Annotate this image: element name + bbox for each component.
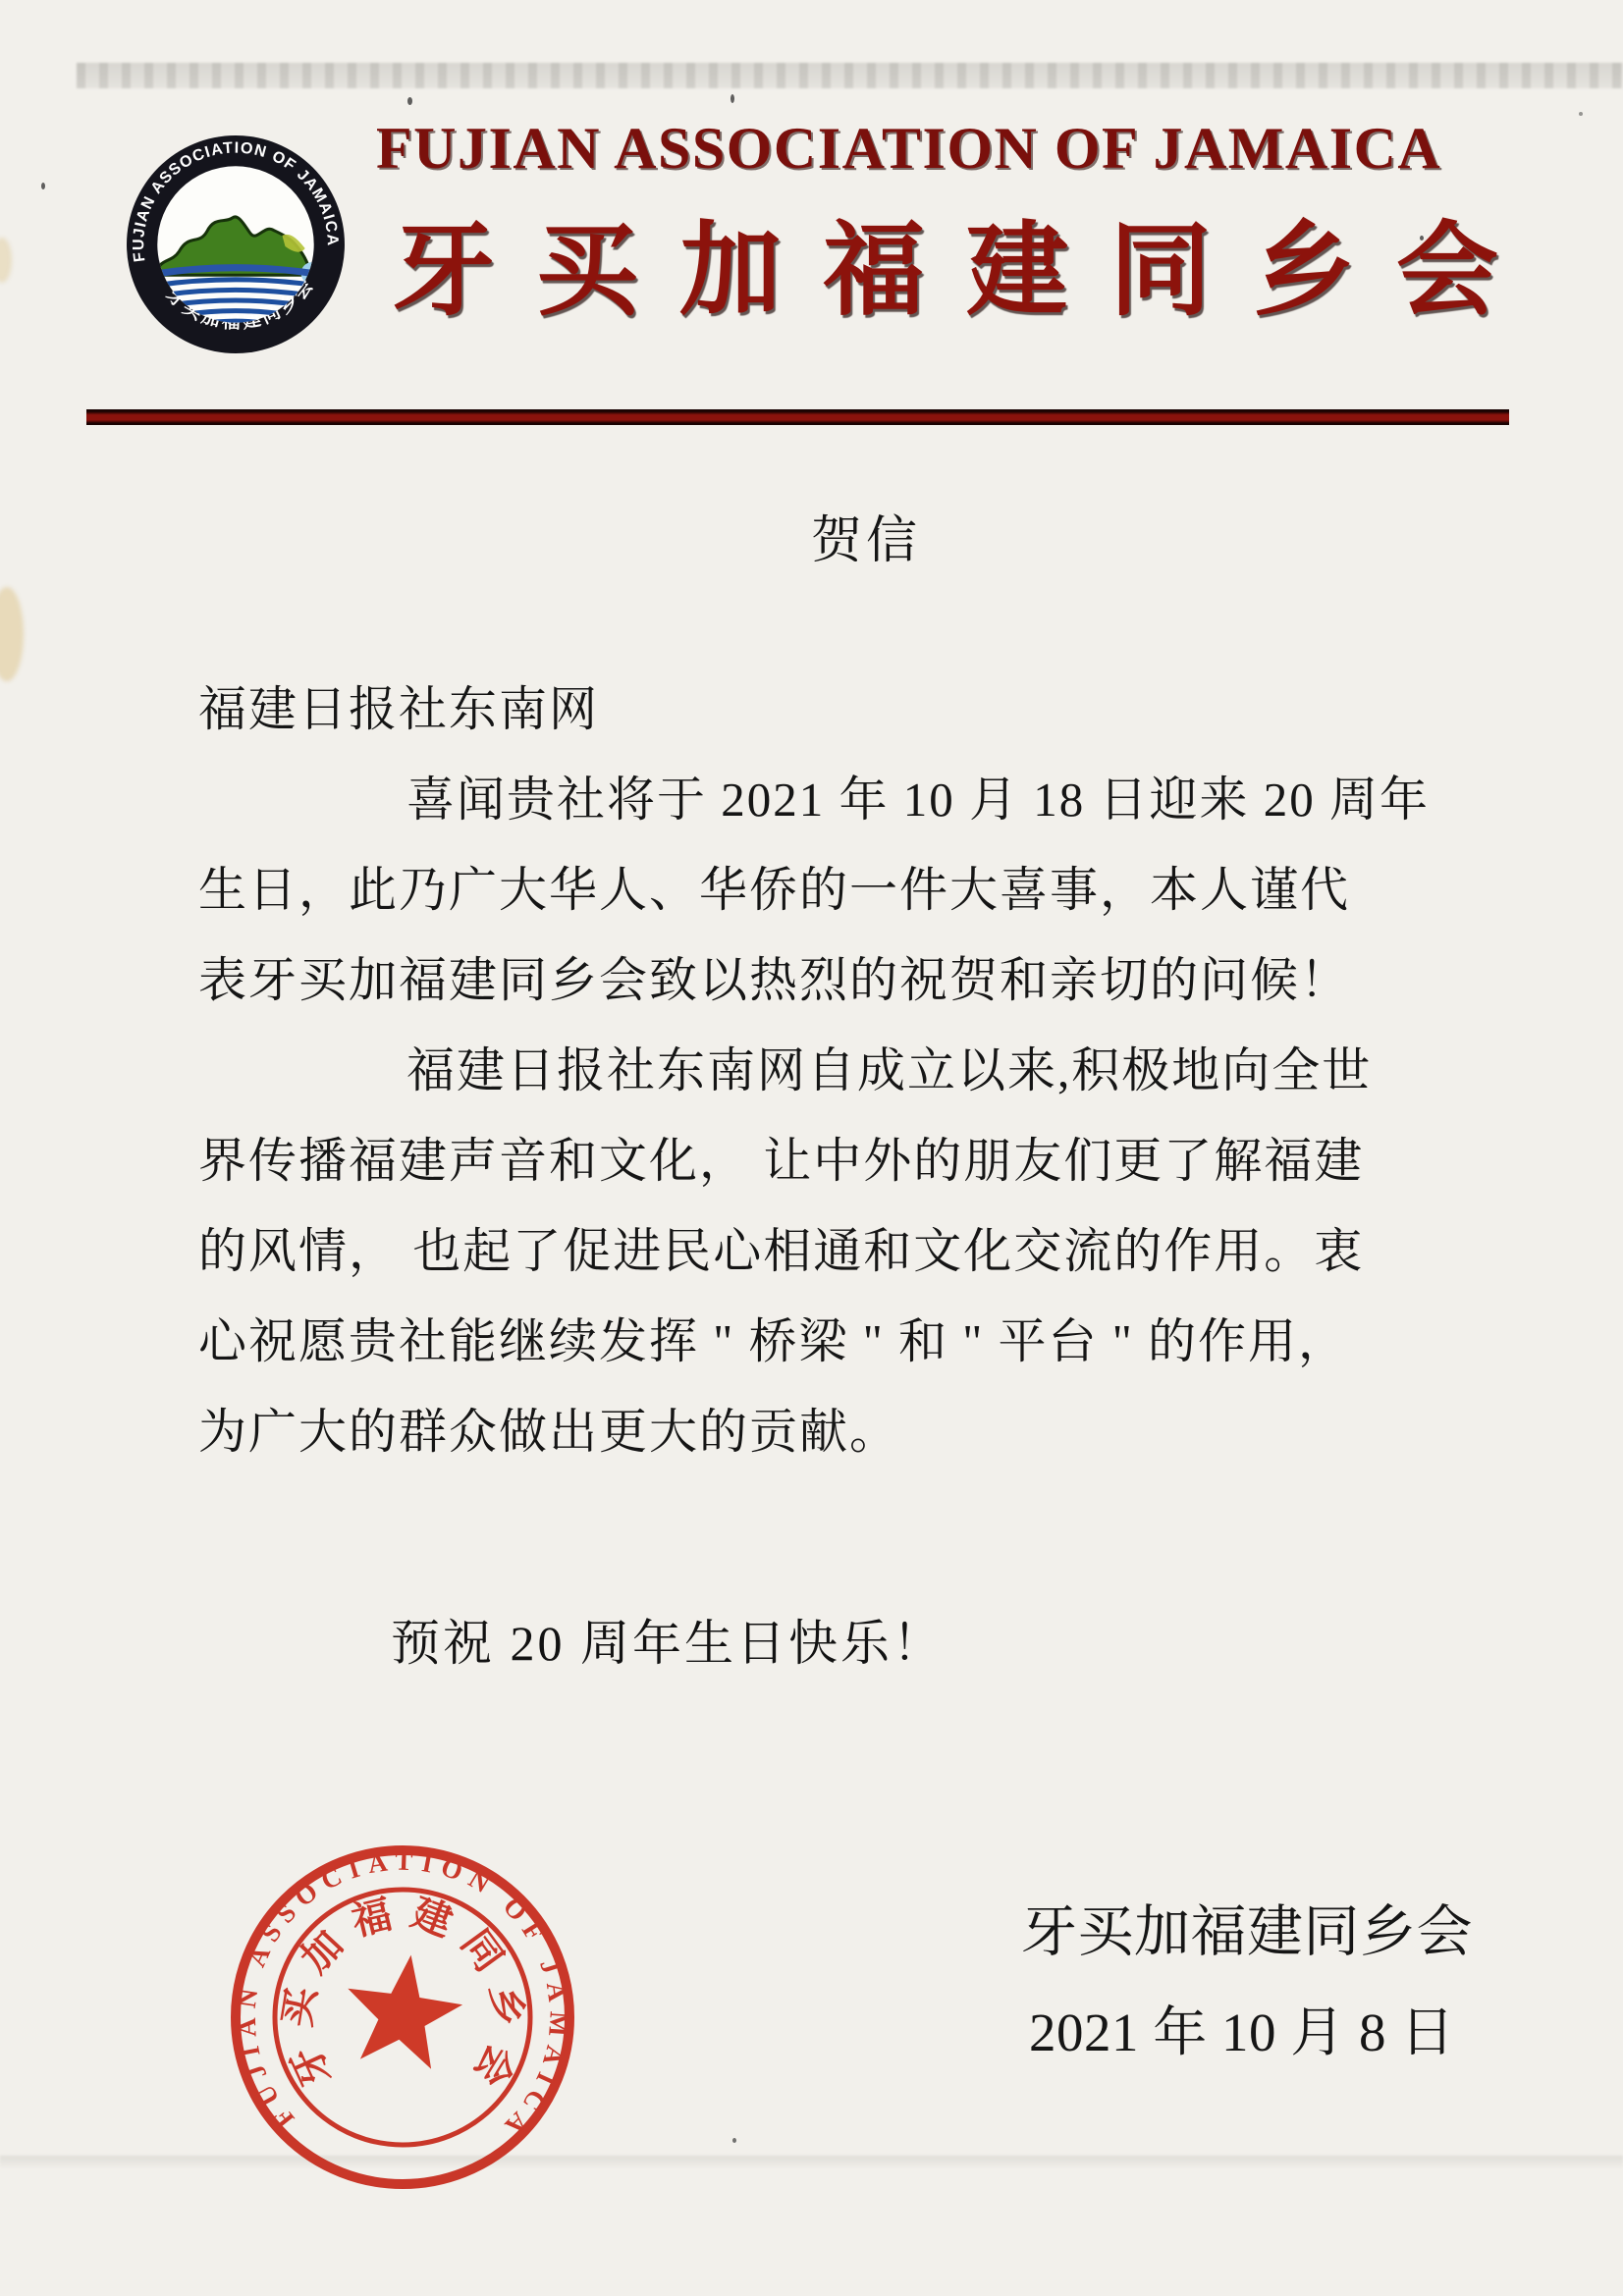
body-line: 生日，此乃广大华人、华侨的一件大喜事，本人谨代 [198,845,1431,935]
body-line: 为广大的群众做出更大的贡献。 [198,1387,1431,1477]
association-seal-stamp: FUJIAN ASSOCIATION OF JAMAICA 牙买加福建同乡会 [226,1841,579,2194]
letter-title: 贺信 [811,499,921,572]
body-line: 福建日报社东南网 [198,665,1431,755]
scan-smudge [0,238,12,283]
letter-wish-line: 预祝 20 周年生日快乐！ [391,1604,945,1675]
star-icon [348,1955,462,2069]
scan-speck [732,2138,736,2143]
scan-artifact-band-top [77,63,1623,88]
scan-smudge [0,587,24,681]
body-line: 福建日报社东南网自成立以来,积极地向全世 [198,1026,1431,1116]
letterhead-title-zh: 牙买加福建同乡会 [393,216,1540,328]
signature-date: 2021 年 10 月 8 日 [1029,1989,1455,2066]
letter-body: 福建日报社东南网 喜闻贵社将于 2021 年 10 月 18 日迎来 20 周年… [198,665,1431,1477]
body-line: 界传播福建声音和文化， 让中外的朋友们更了解福建 [198,1116,1431,1206]
association-logo-icon: FUJIAN ASSOCIATION OF JAMAICA 牙买加福建同乡会 [126,134,346,354]
body-line: 表牙买加福建同乡会致以热烈的祝贺和亲切的问候！ [198,935,1431,1026]
signature-name: 牙买加福建同乡会 [1021,1887,1473,1967]
scan-speck [407,97,412,105]
body-line: 喜闻贵社将于 2021 年 10 月 18 日迎来 20 周年 [198,755,1431,845]
scanned-letter-page: FUJIAN ASSOCIATION OF JAMAICA 牙买加福建同乡会 F… [0,0,1623,2296]
scan-speck [730,94,734,103]
letterhead-title-en: FUJIAN ASSOCIATION OF JAMAICA [376,116,1554,181]
body-line: 心祝愿贵社能继续发挥 " 桥梁 " 和 " 平台 " 的作用， [198,1297,1431,1387]
body-line: 的风情， 也起了促进民心相通和文化交流的作用。衷 [198,1206,1431,1297]
scan-speck [41,183,45,189]
letterhead-rule [86,409,1509,425]
scan-speck [1579,112,1583,116]
